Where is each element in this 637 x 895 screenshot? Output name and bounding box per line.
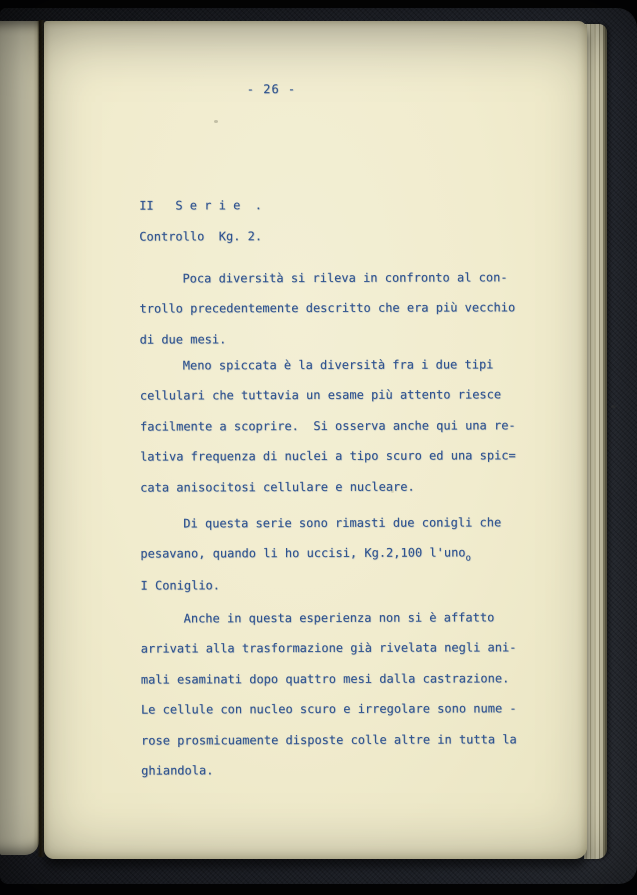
- text-line: Le cellule con nucleo scuro e irregolare…: [141, 694, 551, 726]
- series-heading-block: II S e r i e .: [139, 189, 549, 221]
- book-scan-photo: - 26 - II S e r i e . Controllo Kg. 2. P…: [0, 0, 637, 895]
- text-line: mali esaminati dopo quattro mesi dalla c…: [141, 663, 551, 695]
- paragraph-meno-spiccata: Meno spiccata è la diversità fra i due t…: [140, 349, 551, 503]
- subheading-coniglio-block: I Coniglio.: [140, 569, 550, 601]
- control-heading: Controllo Kg. 2.: [139, 220, 549, 252]
- paragraph-anche-in-questa: Anche in questa esperienza non si è affa…: [141, 602, 552, 786]
- text-line: cellulari che tuttavia un esame più atte…: [140, 380, 550, 412]
- previous-page-edge: [0, 21, 39, 855]
- text-line: trollo precedentemente descritto che era…: [139, 293, 549, 325]
- subscript-char: o: [466, 554, 471, 564]
- typewritten-text: - 26 - II S e r i e . Controllo Kg. 2. P…: [43, 20, 589, 860]
- text-line: Di questa serie sono rimasti due conigli…: [140, 507, 550, 539]
- paragraph-di-questa-serie: Di questa serie sono rimasti due conigli…: [140, 507, 550, 575]
- text-line-main: pesavano, quando li ho uccisi, Kg.2,100 …: [140, 546, 465, 561]
- text-line: Anche in questa esperienza non si è affa…: [141, 602, 551, 634]
- text-line: lativa frequenza di nuclei a tipo scuro …: [140, 441, 550, 473]
- paragraph-poca-diversita: Poca diversità si rileva in confronto al…: [139, 262, 549, 355]
- text-line: arrivati alla trasformazione già rivelat…: [141, 633, 551, 665]
- text-line: facilmente a scoprire. Si osserva anche …: [140, 410, 550, 442]
- paper-speck: [611, 405, 616, 408]
- page-number: - 26 -: [247, 82, 296, 96]
- series-heading: II S e r i e .: [139, 189, 549, 221]
- text-line: cata anisocitosi cellulare e nucleare.: [140, 471, 550, 503]
- text-line: ghiandola.: [141, 754, 551, 786]
- subheading-coniglio: I Coniglio.: [140, 569, 550, 601]
- text-line: Meno spiccata è la diversità fra i due t…: [140, 349, 550, 381]
- text-line: Poca diversità si rileva in confronto al…: [139, 262, 549, 294]
- control-heading-block: Controllo Kg. 2.: [139, 220, 549, 252]
- text-line: rose prosmicuamente disposte colle altre…: [141, 724, 551, 756]
